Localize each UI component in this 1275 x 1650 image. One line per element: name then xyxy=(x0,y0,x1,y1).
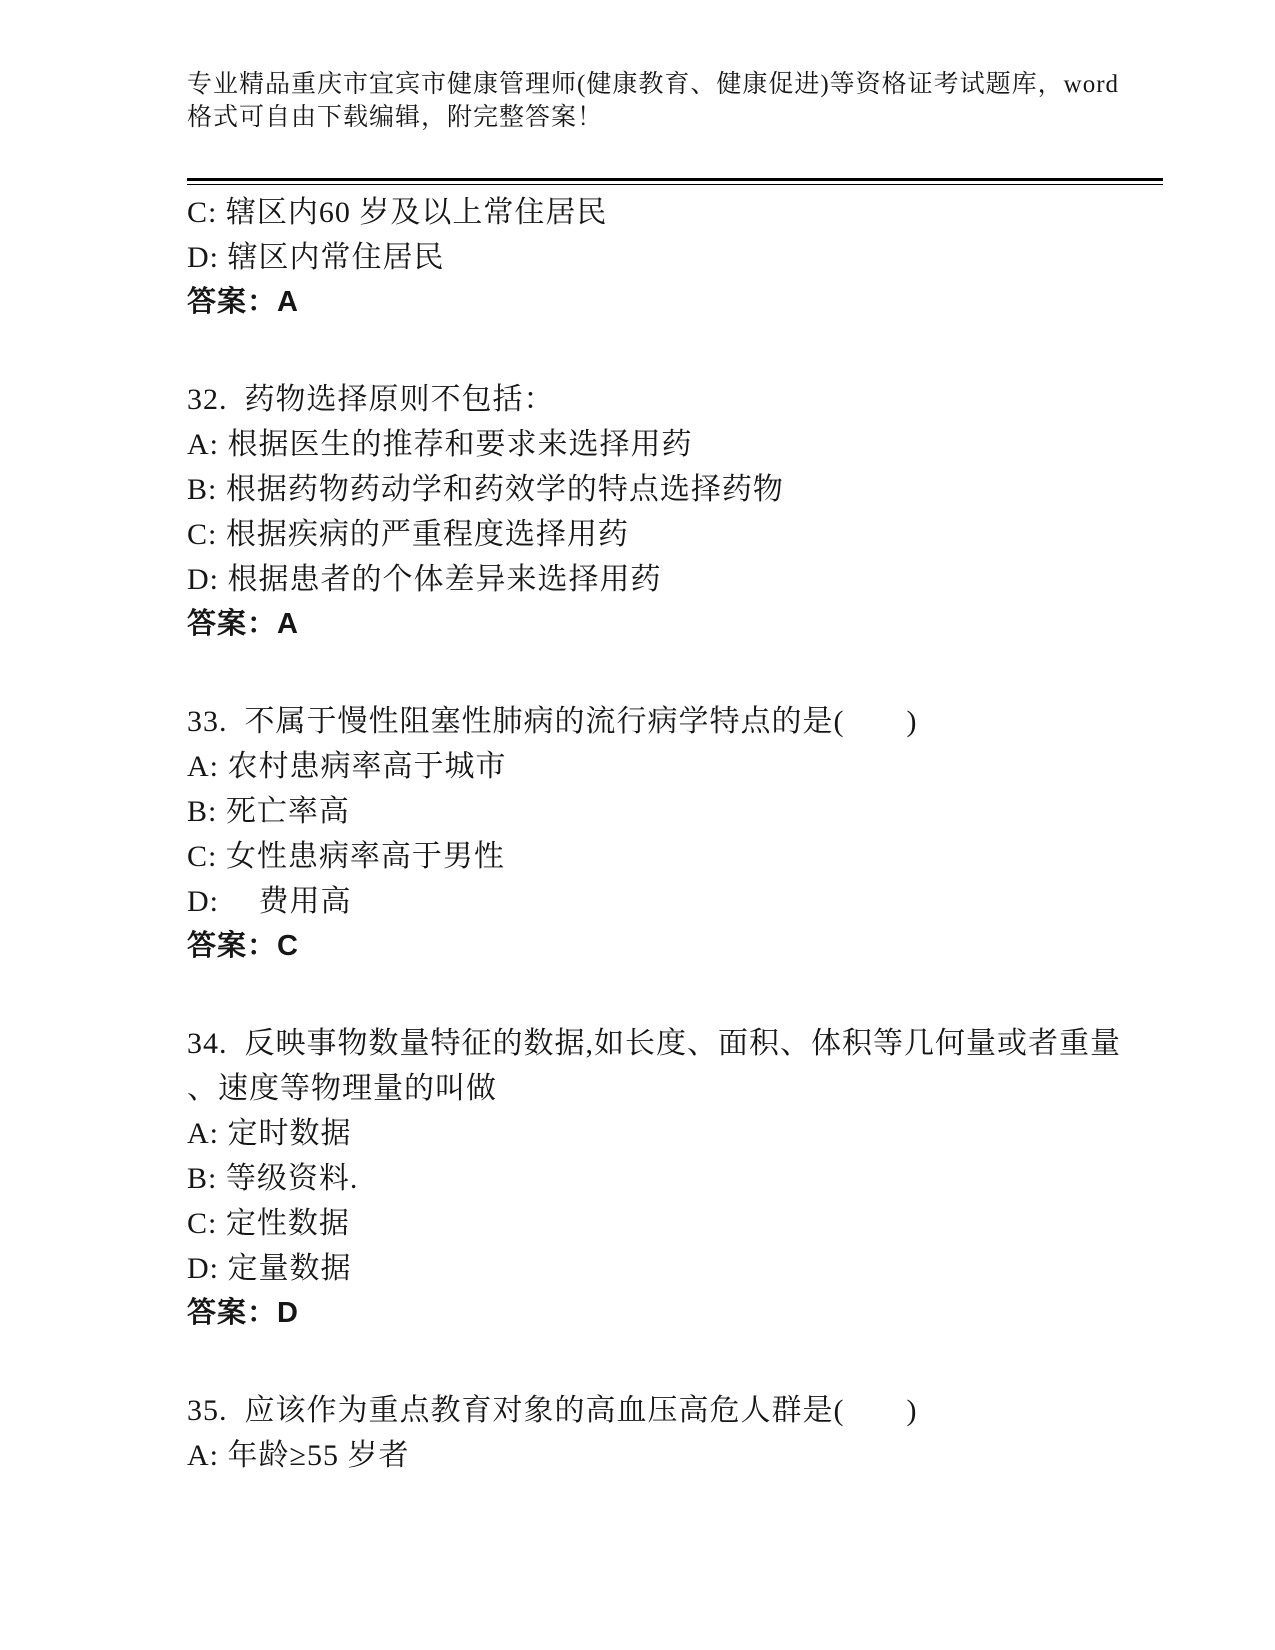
option-line: B: 根据药物药动学和药效学的特点选择药物 xyxy=(187,467,1163,512)
answer-line: 答案：D xyxy=(187,1291,1163,1336)
question-block-35: 35. 应该作为重点教育对象的高血压高危人群是( ) A: 年龄≥55 岁者 xyxy=(187,1388,1163,1478)
option-line: C: 根据疾病的严重程度选择用药 xyxy=(187,512,1163,557)
question-block-partial: C: 辖区内60 岁及以上常住居民 D: 辖区内常住居民 答案：A xyxy=(187,190,1163,325)
answer-line: 答案：A xyxy=(187,602,1163,647)
option-line: D: 辖区内常住居民 xyxy=(187,235,1163,280)
header-line-1: 专业精品重庆市宜宾市健康管理师(健康教育、健康促进)等资格证考试题库，word xyxy=(187,68,1175,101)
option-line: A: 农村患病率高于城市 xyxy=(187,744,1163,789)
option-line: D: 费用高 xyxy=(187,879,1163,924)
question-block-34: 34. 反映事物数量特征的数据,如长度、面积、体积等几何量或者重量 、速度等物理… xyxy=(187,1021,1163,1336)
question-block-32: 32. 药物选择原则不包括： A: 根据医生的推荐和要求来选择用药 B: 根据药… xyxy=(187,377,1163,647)
option-line: B: 死亡率高 xyxy=(187,789,1163,834)
answer-line: 答案：C xyxy=(187,924,1163,969)
option-line: A: 根据医生的推荐和要求来选择用药 xyxy=(187,422,1163,467)
option-line: C: 定性数据 xyxy=(187,1201,1163,1246)
option-line: C: 女性患病率高于男性 xyxy=(187,834,1163,879)
option-line: D: 根据患者的个体差异来选择用药 xyxy=(187,557,1163,602)
page-header: 专业精品重庆市宜宾市健康管理师(健康教育、健康促进)等资格证考试题库，word … xyxy=(187,68,1175,134)
option-line: A: 定时数据 xyxy=(187,1111,1163,1156)
option-line: A: 年龄≥55 岁者 xyxy=(187,1433,1163,1478)
option-line: B: 等级资料. xyxy=(187,1156,1163,1201)
question-title-line-1: 34. 反映事物数量特征的数据,如长度、面积、体积等几何量或者重量 xyxy=(187,1021,1163,1066)
header-divider-rule xyxy=(187,178,1163,185)
question-title: 33. 不属于慢性阻塞性肺病的流行病学特点的是( ) xyxy=(187,699,1163,744)
document-page: 专业精品重庆市宜宾市健康管理师(健康教育、健康促进)等资格证考试题库，word … xyxy=(0,0,1275,1650)
document-content: C: 辖区内60 岁及以上常住居民 D: 辖区内常住居民 答案：A 32. 药物… xyxy=(187,190,1163,1478)
question-title-line-2: 、速度等物理量的叫做 xyxy=(187,1066,1163,1111)
question-title: 32. 药物选择原则不包括： xyxy=(187,377,1163,422)
question-block-33: 33. 不属于慢性阻塞性肺病的流行病学特点的是( ) A: 农村患病率高于城市 … xyxy=(187,699,1163,969)
question-title: 35. 应该作为重点教育对象的高血压高危人群是( ) xyxy=(187,1388,1163,1433)
option-line: C: 辖区内60 岁及以上常住居民 xyxy=(187,190,1163,235)
answer-line: 答案：A xyxy=(187,280,1163,325)
option-line: D: 定量数据 xyxy=(187,1246,1163,1291)
header-line-2: 格式可自由下载编辑，附完整答案！ xyxy=(187,101,1175,134)
